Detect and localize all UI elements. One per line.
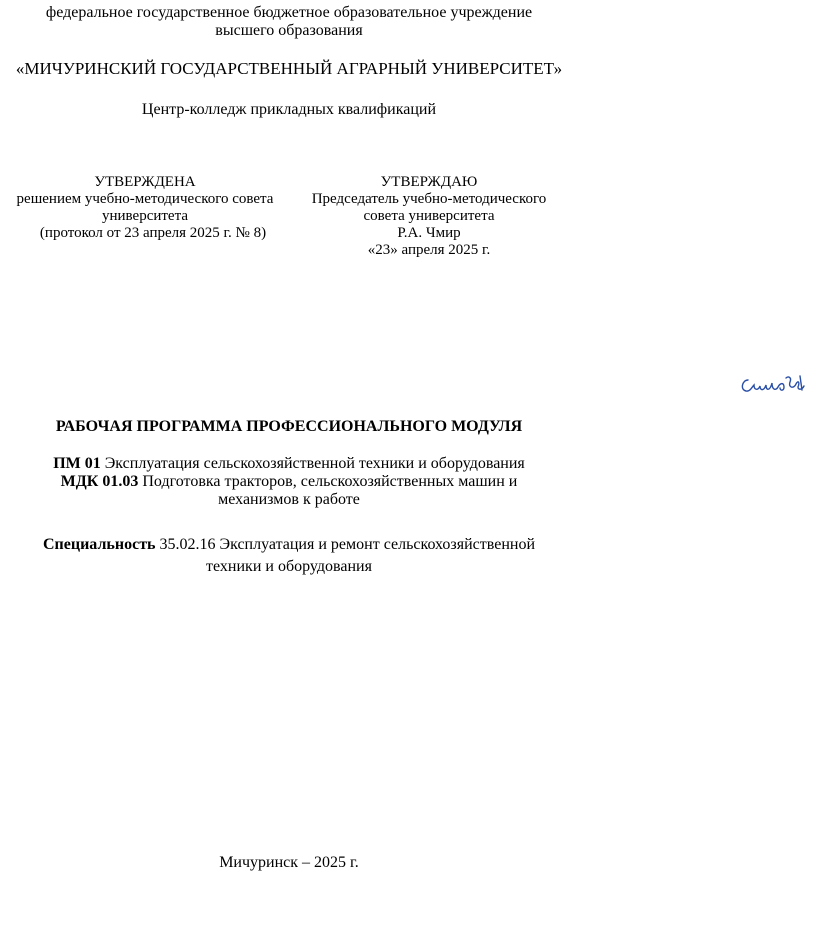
approval-right-block: УТВЕРЖДАЮ Председатель учебно-методическ…	[290, 174, 568, 259]
program-title: РАБОЧАЯ ПРОГРАММА ПРОФЕССИОНАЛЬНОГО МОДУ…	[0, 418, 578, 436]
approval-right-title: УТВЕРЖДАЮ	[290, 174, 568, 191]
mdk-name-continued: механизмов к работе	[0, 491, 578, 509]
approver-name: Р.А. Чмир	[290, 225, 568, 242]
module-info: ПМ 01 Эксплуатация сельскохозяйственной …	[0, 455, 578, 509]
approval-left-protocol: (протокол от 23 апреля 2025 г. № 8)	[0, 225, 290, 242]
approval-date: «23» апреля 2025 г.	[290, 242, 568, 259]
specialty-info: Специальность 35.02.16 Эксплуатация и ре…	[0, 534, 578, 578]
pm-code: ПМ 01	[53, 455, 101, 472]
mdk-line: МДК 01.03 Подготовка тракторов, сельскох…	[0, 473, 578, 491]
org-type-line: федеральное государственное бюджетное об…	[0, 4, 578, 22]
specialty-name: 35.02.16 Эксплуатация и ремонт сельскохо…	[156, 536, 536, 553]
org-education-line: высшего образования	[0, 22, 578, 40]
pm-line: ПМ 01 Эксплуатация сельскохозяйственной …	[0, 455, 578, 473]
approval-left-block: УТВЕРЖДЕНА решением учебно-методического…	[0, 174, 290, 242]
specialty-name-continued: техники и оборудования	[0, 556, 578, 578]
signature-icon	[738, 370, 810, 400]
approval-left-title: УТВЕРЖДЕНА	[0, 174, 290, 191]
pm-name: Эксплуатация сельскохозяйственной техник…	[101, 455, 525, 472]
approval-right-line: Председатель учебно-методического	[290, 191, 568, 208]
organization-header: федеральное государственное бюджетное об…	[0, 4, 578, 40]
mdk-code: МДК 01.03	[61, 473, 139, 490]
mdk-name: Подготовка тракторов, сельскохозяйственн…	[138, 473, 517, 490]
approval-right-line: совета университета	[290, 208, 568, 225]
specialty-label: Специальность	[43, 536, 156, 553]
university-name: «МИЧУРИНСКИЙ ГОСУДАРСТВЕННЫЙ АГРАРНЫЙ УН…	[0, 60, 578, 78]
approval-left-line: решением учебно-методического совета	[0, 191, 290, 208]
approval-left-line: университета	[0, 208, 290, 225]
city-year: Мичуринск – 2025 г.	[0, 854, 578, 872]
college-name: Центр-колледж прикладных квалификаций	[0, 101, 578, 119]
specialty-line: Специальность 35.02.16 Эксплуатация и ре…	[0, 534, 578, 556]
